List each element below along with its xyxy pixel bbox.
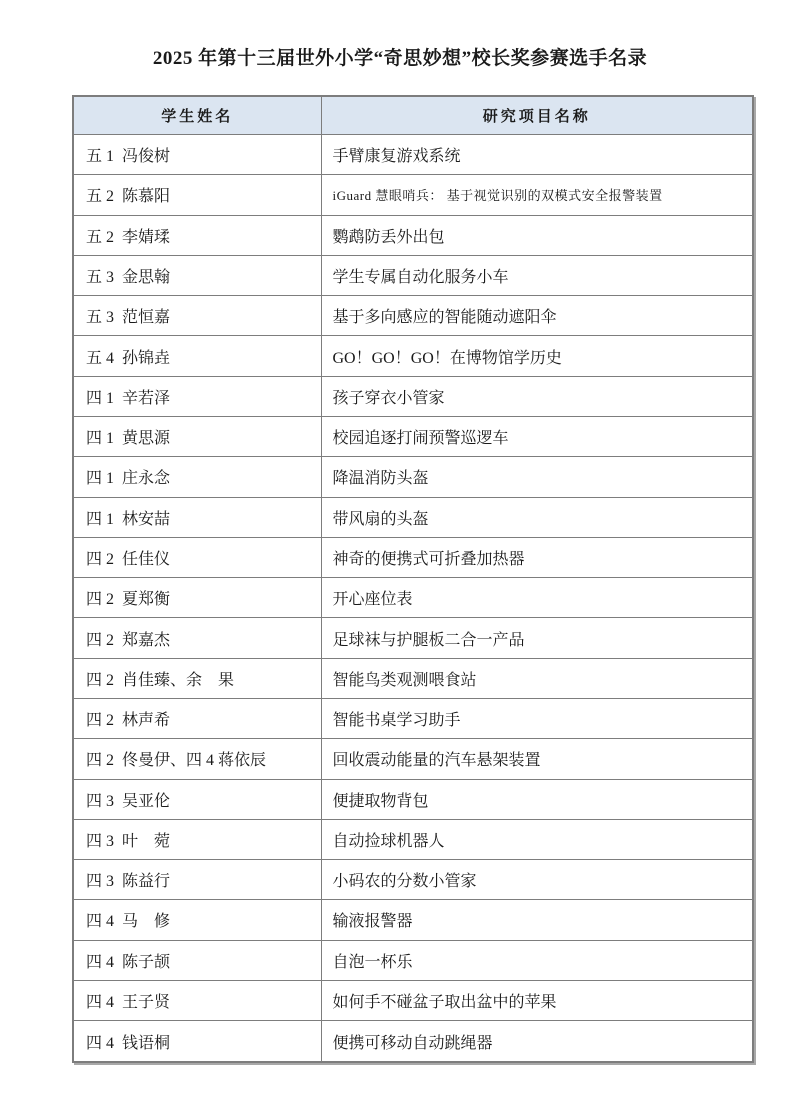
table-row: 四 1 庄永念降温消防头盔 [73, 457, 753, 497]
project-name-cell: 神奇的便携式可折叠加热器 [321, 537, 753, 577]
student-name-cell: 四 1 黄思源 [73, 416, 321, 456]
student-name-cell: 四 2 郑嘉杰 [73, 618, 321, 658]
project-name-cell: 手臂康复游戏系统 [321, 135, 753, 175]
table-row: 四 3 吴亚伦便捷取物背包 [73, 779, 753, 819]
project-name-cell: 智能鸟类观测喂食站 [321, 658, 753, 698]
roster-body: 五 1 冯俊树手臂康复游戏系统五 2 陈慕阳iGuard 慧眼哨兵： 基于视觉识… [73, 135, 753, 1063]
student-name-cell: 四 2 林声希 [73, 698, 321, 738]
table-row: 四 3 叶 菀自动捡球机器人 [73, 819, 753, 859]
project-name-cell: iGuard 慧眼哨兵： 基于视觉识别的双模式安全报警装置 [321, 175, 753, 215]
table-row: 四 4 钱语桐便携可移动自动跳绳器 [73, 1021, 753, 1062]
project-name-cell: 孩子穿衣小管家 [321, 376, 753, 416]
project-name-cell: GO！GO！GO！在博物馆学历史 [321, 336, 753, 376]
table-row: 五 3 范恒嘉基于多向感应的智能随动遮阳伞 [73, 296, 753, 336]
project-name-cell: 自泡一杯乐 [321, 940, 753, 980]
student-name-cell: 五 3 范恒嘉 [73, 296, 321, 336]
project-name-cell: 便携可移动自动跳绳器 [321, 1021, 753, 1062]
project-name-cell: 校园追逐打闹预警巡逻车 [321, 416, 753, 456]
document-page: 2025 年第十三届世外小学“奇思妙想”校长奖参赛选手名录 学生姓名 研究项目名… [0, 0, 800, 1113]
student-name-cell: 五 3 金思翰 [73, 255, 321, 295]
student-name-cell: 四 3 吴亚伦 [73, 779, 321, 819]
student-name-cell: 四 1 庄永念 [73, 457, 321, 497]
table-row: 四 2 任佳仪神奇的便携式可折叠加热器 [73, 537, 753, 577]
project-name-cell: 如何手不碰盆子取出盆中的苹果 [321, 980, 753, 1020]
table-row: 四 2 林声希智能书桌学习助手 [73, 698, 753, 738]
project-name-cell: 足球袜与护腿板二合一产品 [321, 618, 753, 658]
project-name-cell: 输液报警器 [321, 900, 753, 940]
table-row: 四 3 陈益行小码农的分数小管家 [73, 860, 753, 900]
project-name-cell: 带风扇的头盔 [321, 497, 753, 537]
page-title: 2025 年第十三届世外小学“奇思妙想”校长奖参赛选手名录 [0, 43, 800, 70]
table-row: 四 2 郑嘉杰足球袜与护腿板二合一产品 [73, 618, 753, 658]
table-row: 四 1 黄思源校园追逐打闹预警巡逻车 [73, 416, 753, 456]
table-row: 五 2 李婧瑈鹦鹉防丢外出包 [73, 215, 753, 255]
column-header-project-name: 研究项目名称 [321, 96, 753, 135]
student-name-cell: 四 3 叶 菀 [73, 819, 321, 859]
project-name-cell: 学生专属自动化服务小车 [321, 255, 753, 295]
column-header-student-name: 学生姓名 [73, 96, 321, 135]
student-name-cell: 四 1 林安喆 [73, 497, 321, 537]
student-name-cell: 四 4 王子贤 [73, 980, 321, 1020]
student-name-cell: 五 4 孙锦垚 [73, 336, 321, 376]
student-name-cell: 五 1 冯俊树 [73, 135, 321, 175]
student-name-cell: 四 2 夏郑衡 [73, 578, 321, 618]
project-name-cell: 开心座位表 [321, 578, 753, 618]
table-row: 四 4 马 修输液报警器 [73, 900, 753, 940]
table-row: 四 1 辛若泽孩子穿衣小管家 [73, 376, 753, 416]
student-name-cell: 四 1 辛若泽 [73, 376, 321, 416]
project-name-cell: 基于多向感应的智能随动遮阳伞 [321, 296, 753, 336]
student-name-cell: 四 4 马 修 [73, 900, 321, 940]
table-row: 四 2 佟曼伊、四 4 蒋依辰回收震动能量的汽车悬架装置 [73, 739, 753, 779]
project-name-cell: 自动捡球机器人 [321, 819, 753, 859]
student-name-cell: 五 2 李婧瑈 [73, 215, 321, 255]
project-name-cell: 小码农的分数小管家 [321, 860, 753, 900]
table-row: 五 1 冯俊树手臂康复游戏系统 [73, 135, 753, 175]
roster-table: 学生姓名 研究项目名称 五 1 冯俊树手臂康复游戏系统五 2 陈慕阳iGuard… [72, 95, 754, 1063]
project-name-cell: 智能书桌学习助手 [321, 698, 753, 738]
project-name-cell: 降温消防头盔 [321, 457, 753, 497]
project-name-cell: 回收震动能量的汽车悬架装置 [321, 739, 753, 779]
student-name-cell: 四 2 任佳仪 [73, 537, 321, 577]
student-name-cell: 四 4 陈子颉 [73, 940, 321, 980]
table-row: 四 4 王子贤如何手不碰盆子取出盆中的苹果 [73, 980, 753, 1020]
roster-header: 学生姓名 研究项目名称 [73, 96, 753, 135]
student-name-cell: 四 3 陈益行 [73, 860, 321, 900]
table-row: 四 4 陈子颉自泡一杯乐 [73, 940, 753, 980]
student-name-cell: 五 2 陈慕阳 [73, 175, 321, 215]
student-name-cell: 四 2 佟曼伊、四 4 蒋依辰 [73, 739, 321, 779]
table-row: 五 3 金思翰学生专属自动化服务小车 [73, 255, 753, 295]
project-name-cell: 便捷取物背包 [321, 779, 753, 819]
table-row: 四 1 林安喆带风扇的头盔 [73, 497, 753, 537]
header-row: 学生姓名 研究项目名称 [73, 96, 753, 135]
student-name-cell: 四 2 肖佳臻、余 果 [73, 658, 321, 698]
table-row: 四 2 肖佳臻、余 果智能鸟类观测喂食站 [73, 658, 753, 698]
table-row: 四 2 夏郑衡开心座位表 [73, 578, 753, 618]
table-row: 五 4 孙锦垚GO！GO！GO！在博物馆学历史 [73, 336, 753, 376]
project-name-cell: 鹦鹉防丢外出包 [321, 215, 753, 255]
table-row: 五 2 陈慕阳iGuard 慧眼哨兵： 基于视觉识别的双模式安全报警装置 [73, 175, 753, 215]
student-name-cell: 四 4 钱语桐 [73, 1021, 321, 1062]
